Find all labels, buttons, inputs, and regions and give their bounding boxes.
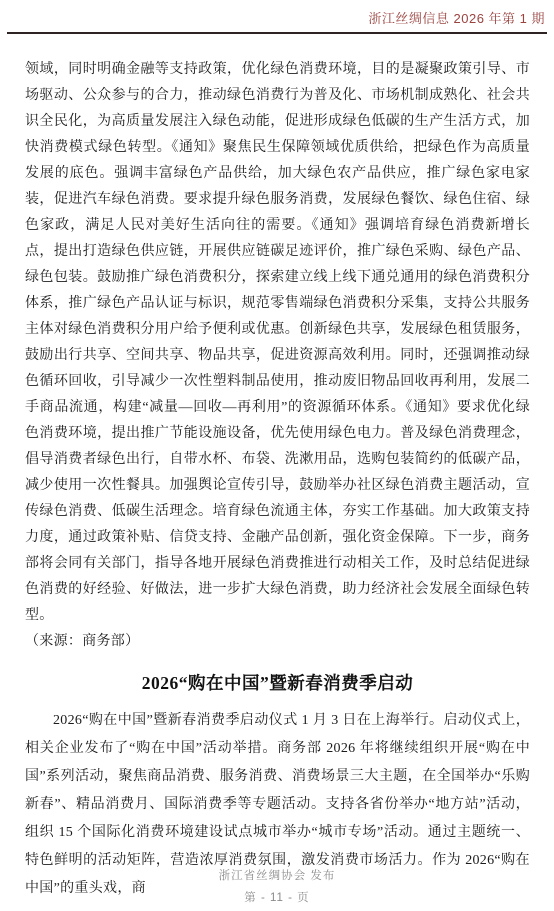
header-issue-label: 浙江丝绸信息 2026 年第 1 期 — [0, 8, 545, 27]
footer-publisher: 浙江省丝绸协会 发布 — [0, 867, 554, 883]
footer-page-number: 第 - 11 - 页 — [0, 889, 554, 905]
article-source-line: （来源：商务部） — [25, 629, 530, 655]
header-rule — [7, 32, 547, 34]
document-page: 浙江丝绸信息 2026 年第 1 期 领域，同时明确金融等支持政策，优化绿色消费… — [0, 0, 554, 911]
article-title: 2026“购在中国”暨新春消费季启动 — [25, 670, 530, 695]
article-continued-body: 领域，同时明确金融等支持政策，优化绿色消费环境，目的是凝聚政策引导、市场驱动、公… — [25, 57, 530, 629]
page-content: 领域，同时明确金融等支持政策，优化绿色消费环境，目的是凝聚政策引导、市场驱动、公… — [25, 57, 530, 903]
page-footer: 浙江省丝绸协会 发布 第 - 11 - 页 — [0, 867, 554, 905]
